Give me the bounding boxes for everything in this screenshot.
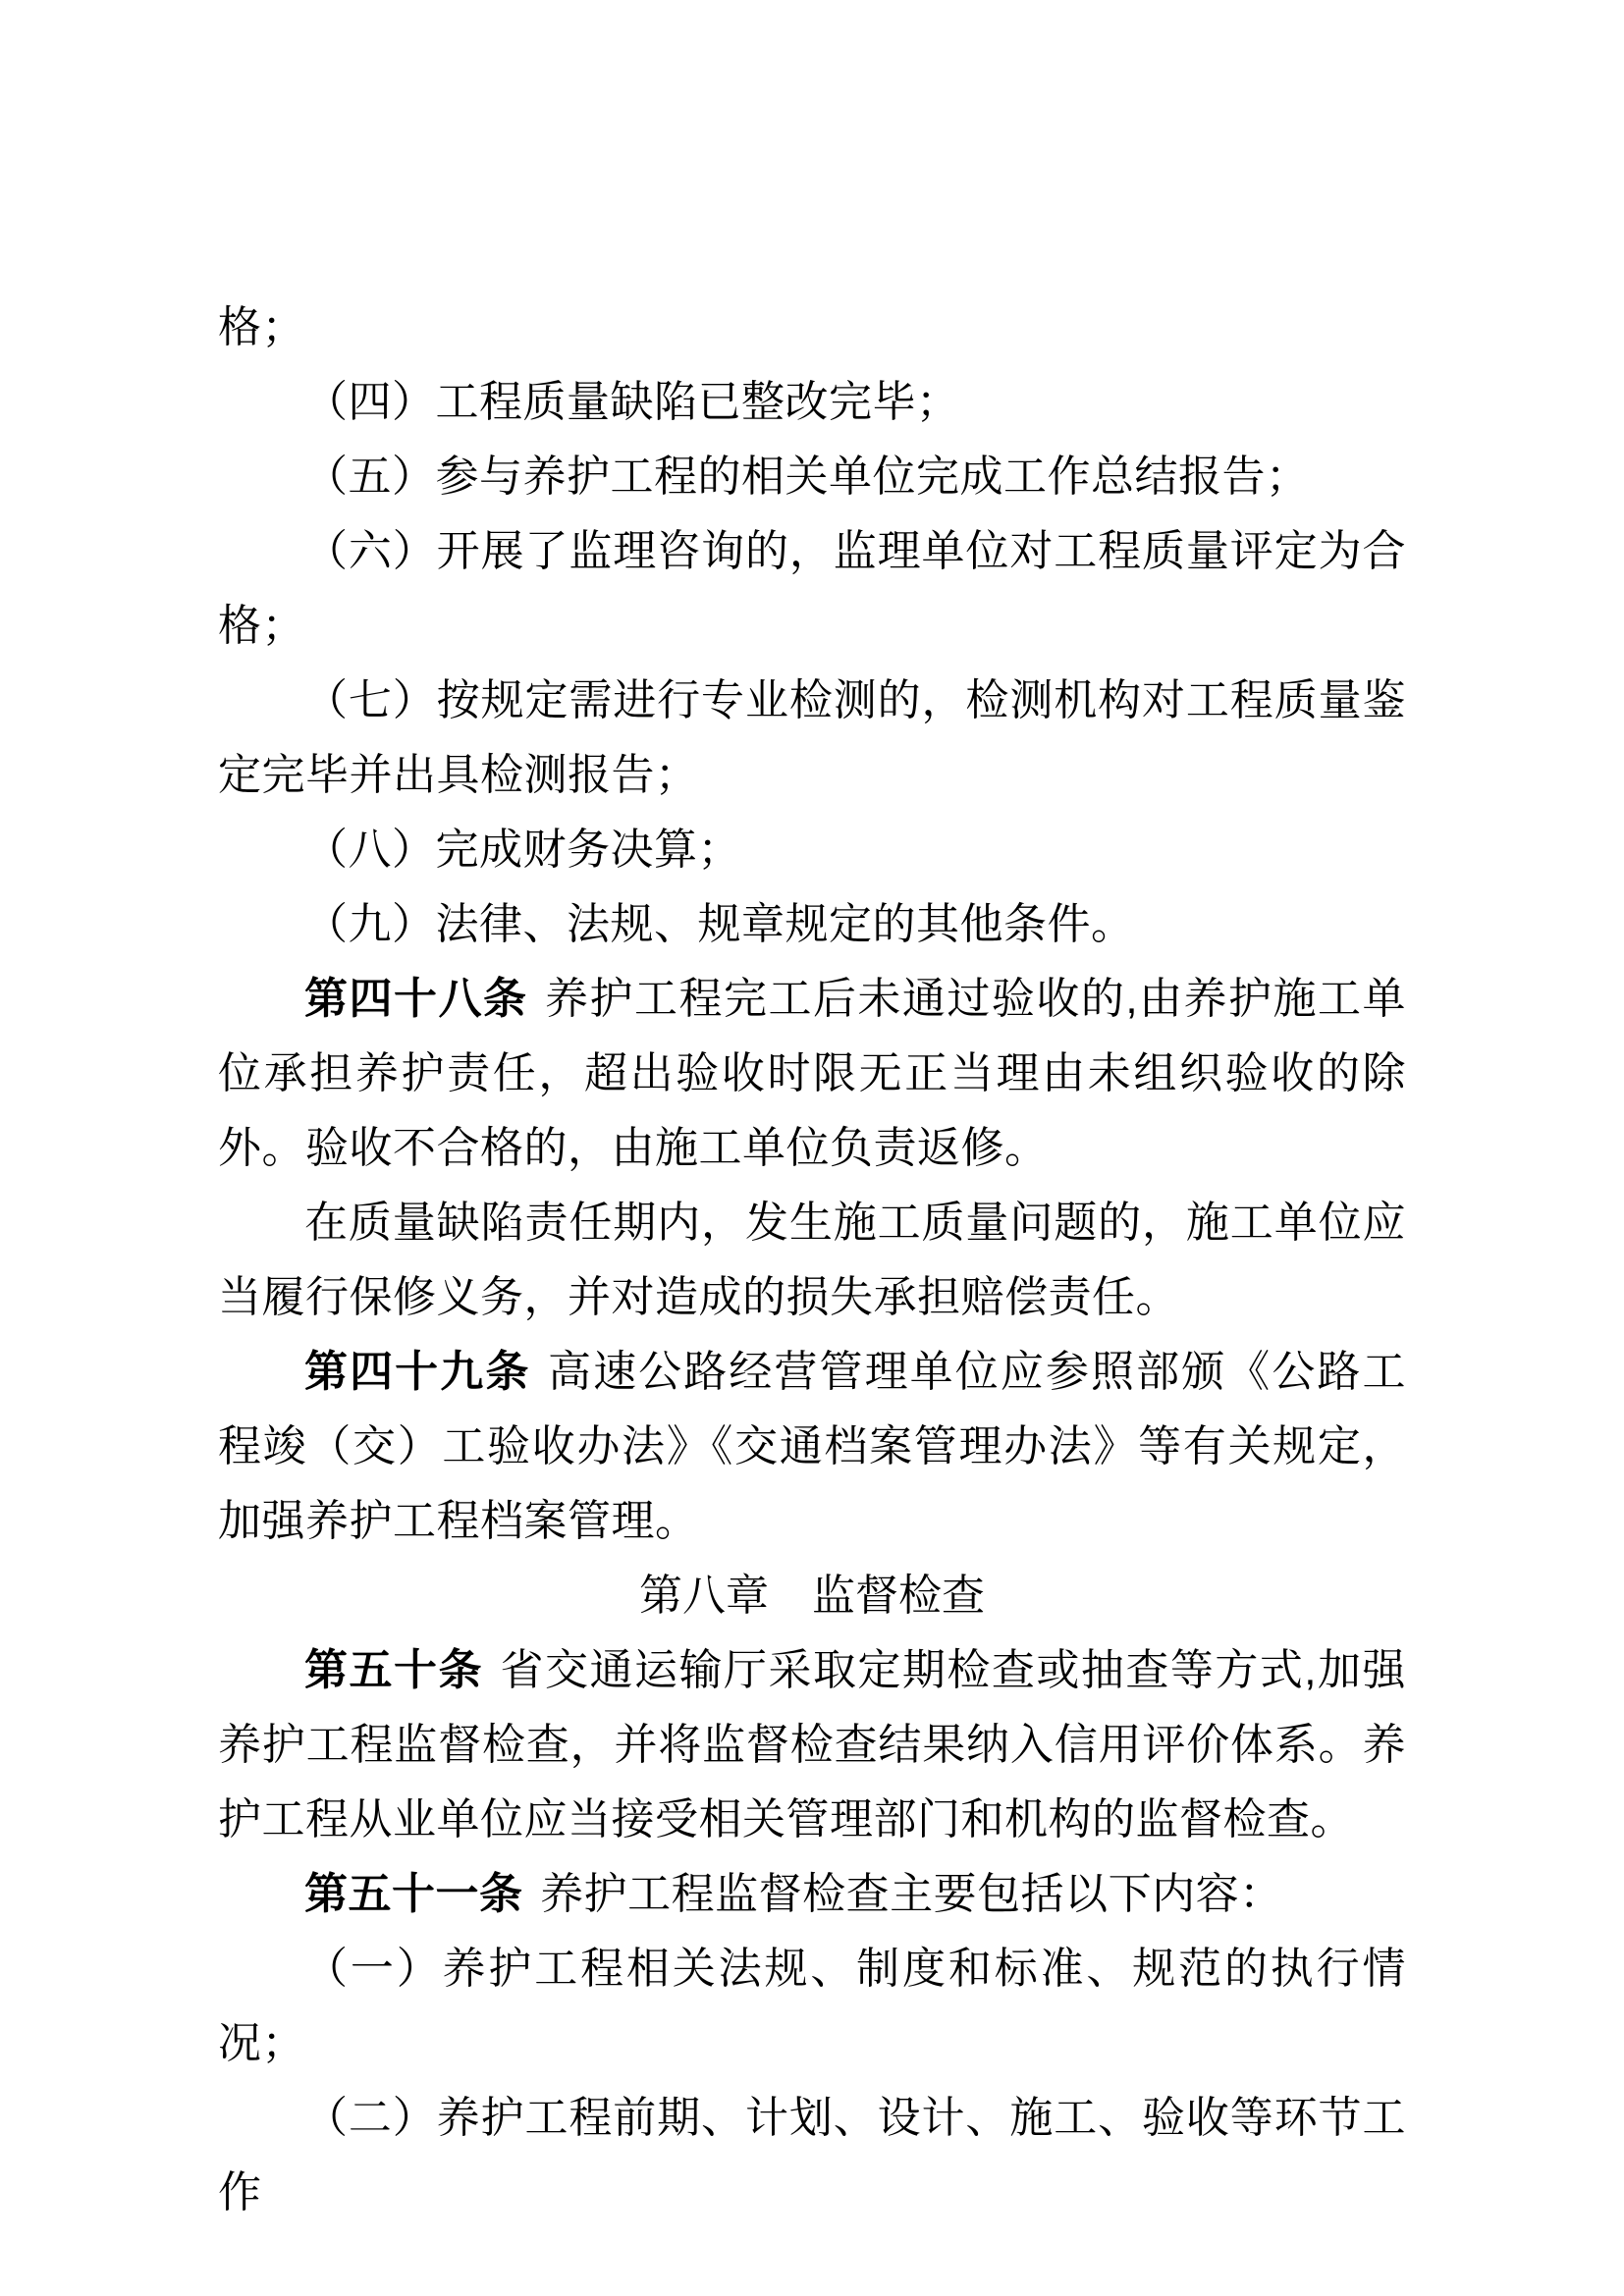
article-49: 第四十九条高速公路经营管理单位应参照部颁《公路工程竣（交）工验收办法》《交通档案… <box>218 1335 1406 1559</box>
list-item-2: （二）养护工程前期、计划、设计、施工、验收等环节工作 <box>218 2081 1406 2230</box>
article-51: 第五十一条养护工程监督检查主要包括以下内容： <box>218 1857 1406 1932</box>
list-item-8: （八）完成财务决算； <box>218 813 1406 887</box>
chapter-8-heading: 第八章 监督检查 <box>218 1559 1406 1633</box>
article-49-number: 第四十九条 <box>304 1348 530 1396</box>
document-page: 格； （四）工程质量缺陷已整改完毕； （五）参与养护工程的相关单位完成工作总结报… <box>0 0 1624 2296</box>
article-48-number: 第四十八条 <box>304 975 527 1023</box>
list-item-9: （九）法律、法规、规章规定的其他条件。 <box>218 887 1406 962</box>
list-item-4: （四）工程质量缺陷已整改完毕； <box>218 365 1406 440</box>
article-51-number: 第五十一条 <box>304 1870 523 1918</box>
list-item-5: （五）参与养护工程的相关单位完成工作总结报告； <box>218 440 1406 514</box>
article-48: 第四十八条养护工程完工后未通过验收的,由养护施工单位承担养护责任，超出验收时限无… <box>218 962 1406 1186</box>
list-item-7: （七）按规定需进行专业检测的，检测机构对工程质量鉴定完毕并出具检测报告； <box>218 664 1406 813</box>
list-item-6: （六）开展了监理咨询的，监理单位对工程质量评定为合格； <box>218 514 1406 664</box>
paragraph-defect-liability: 在质量缺陷责任期内，发生施工质量问题的，施工单位应当履行保修义务，并对造成的损失… <box>218 1186 1406 1335</box>
article-51-text: 养护工程监督检查主要包括以下内容： <box>540 1870 1283 1918</box>
list-item-1: （一）养护工程相关法规、制度和标准、规范的执行情况； <box>218 1932 1406 2081</box>
article-50: 第五十条省交通运输厅采取定期检查或抽查等方式,加强养护工程监督检查，并将监督检查… <box>218 1633 1406 1857</box>
paragraph-continuation: 格； <box>218 291 1406 365</box>
article-50-number: 第五十条 <box>304 1646 483 1694</box>
